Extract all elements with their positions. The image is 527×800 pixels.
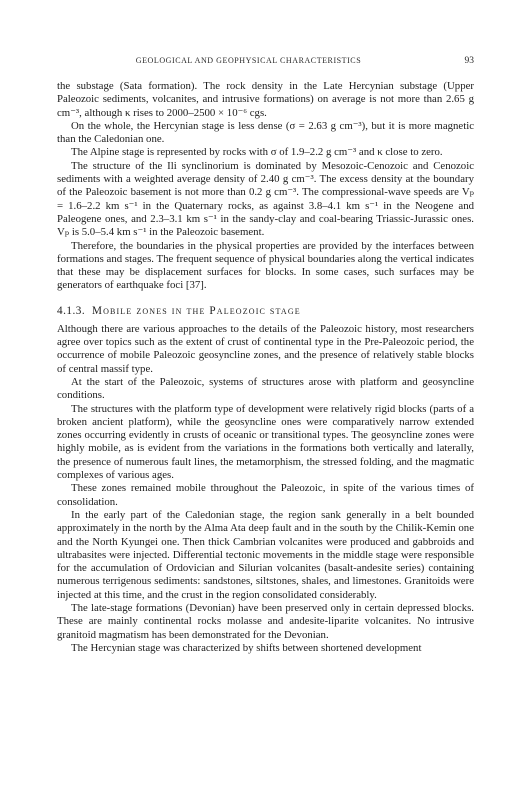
paragraph: the substage (Sata formation). The rock … — [57, 80, 474, 120]
running-head-title: GEOLOGICAL AND GEOPHYSICAL CHARACTERISTI… — [57, 56, 440, 65]
section-title: Mobile zones in the Paleozoic stage — [92, 305, 301, 317]
paragraph: The Hercynian stage was characterized by… — [57, 642, 474, 655]
paragraph: The structures with the platform type of… — [57, 403, 474, 483]
document-page: GEOLOGICAL AND GEOPHYSICAL CHARACTERISTI… — [0, 0, 527, 800]
running-head: GEOLOGICAL AND GEOPHYSICAL CHARACTERISTI… — [57, 56, 474, 66]
page-number: 93 — [440, 56, 474, 66]
paragraph: Therefore, the boundaries in the physica… — [57, 240, 474, 293]
paragraph: These zones remained mobile throughout t… — [57, 482, 474, 509]
section-heading: 4.1.3. Mobile zones in the Paleozoic sta… — [57, 304, 474, 318]
paragraph: The Alpine stage is represented by rocks… — [57, 146, 474, 159]
paragraph: The late-stage formations (Devonian) hav… — [57, 602, 474, 642]
paragraph: In the early part of the Caledonian stag… — [57, 509, 474, 602]
paragraph: On the whole, the Hercynian stage is les… — [57, 120, 474, 147]
section-number: 4.1.3. — [57, 305, 85, 317]
body-text: the substage (Sata formation). The rock … — [57, 80, 474, 655]
paragraph: At the start of the Paleozoic, systems o… — [57, 376, 474, 403]
paragraph: The structure of the Ili synclinorium is… — [57, 160, 474, 240]
paragraph: Although there are various approaches to… — [57, 323, 474, 376]
